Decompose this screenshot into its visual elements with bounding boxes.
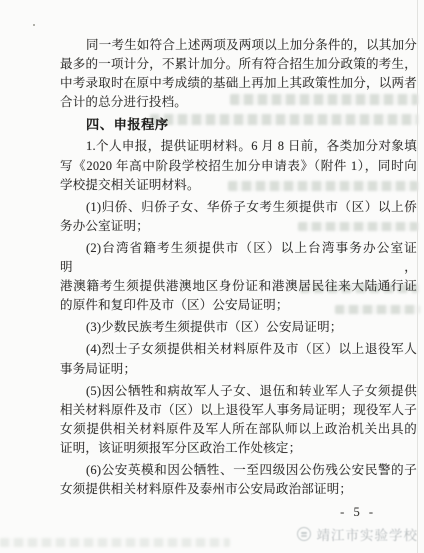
text-line: (1)归侨、归侨子女、华侨子女考生须提供市（区）以上侨 xyxy=(60,198,417,217)
text-line: 四、申报程序 xyxy=(60,115,417,134)
watermark: 靖江市实验学校 xyxy=(297,524,419,544)
text-line: (3)少数民族考生须提供市（区）公安局证明； xyxy=(60,318,417,337)
scan-edge-line xyxy=(417,0,418,553)
text-line: 港澳籍考生须提供港澳地区身份证和港澳居民往来大陆通行证 xyxy=(60,277,417,296)
text-line: (2)台湾省籍考生须提供市（区）以上台湾事务办公室证明， xyxy=(60,239,417,277)
section-heading: 四、申报程序 xyxy=(60,115,417,134)
text-line: (5)因公牺牲和病故军人子女、退伍和转业军人子女须提供 xyxy=(60,382,417,401)
school-seal-icon xyxy=(297,527,311,541)
text-line: (4)烈士子女须提供相关材料原件及市（区）以上退役军人 xyxy=(60,340,417,359)
bleedthrough-artifact xyxy=(0,538,230,547)
text-line: 写《2020 年高中阶段学校招生加分申请表》（附件 1），同时向 xyxy=(60,157,417,176)
paragraph: (1)归侨、归侨子女、华侨子女考生须提供市（区）以上侨务办公室证明； xyxy=(60,198,417,236)
paragraph: 1.个人申报，提供证明材料。6 月 8 日前，各类加分对象填写《2020 年高中… xyxy=(60,137,417,194)
text-line: 的原件和复印件及市（区）公安局证明； xyxy=(60,296,417,315)
body-text: 同一考生如符合上述两项及两项以上加分条件的，以其加分最多的一项计分，不累计加分。… xyxy=(60,36,417,502)
text-line: 1.个人申报，提供证明材料。6 月 8 日前，各类加分对象填 xyxy=(60,137,417,156)
text-line: 女须提供相关材料原件及泰州市公安局政治部证明； xyxy=(60,480,417,499)
paragraph: (3)少数民族考生须提供市（区）公安局证明； xyxy=(60,318,417,337)
text-line: (6)公安英模和因公牺牲、一至四级因公伤残公安民警的子 xyxy=(60,461,417,480)
text-line: 同一考生如符合上述两项及两项以上加分条件的，以其加分 xyxy=(60,36,417,55)
text-line: 女须提供相关材料原件及军人所在部队师以上政治机关出具的 xyxy=(60,420,417,439)
paragraph: (6)公安英模和因公牺牲、一至四级因公伤残公安民警的子女须提供相关材料原件及泰州… xyxy=(60,461,417,499)
text-line: 合计的总分进行投档。 xyxy=(60,93,417,112)
paragraph: (4)烈士子女须提供相关材料原件及市（区）以上退役军人事务局证明； xyxy=(60,340,417,378)
text-line: 学校提交相关证明材料。 xyxy=(60,176,417,195)
page-number: - 5 - xyxy=(340,505,376,520)
text-line: 相关材料原件及市（区）以上退役军人事务局证明；现役军人子 xyxy=(60,401,417,420)
paragraph: 同一考生如符合上述两项及两项以上加分条件的，以其加分最多的一项计分，不累计加分。… xyxy=(60,36,417,112)
scan-speck xyxy=(33,24,35,26)
text-line: 务办公室证明； xyxy=(60,217,417,236)
paragraph: (5)因公牺牲和病故军人子女、退伍和转业军人子女须提供相关材料原件及市（区）以上… xyxy=(60,382,417,458)
text-line: 证明，该证明须报军分区政治工作处核定； xyxy=(60,439,417,458)
text-line: 事务局证明； xyxy=(60,360,417,379)
text-line: 最多的一项计分，不累计加分。所有符合招生加分政策的考生， xyxy=(60,55,417,74)
paragraph: (2)台湾省籍考生须提供市（区）以上台湾事务办公室证明，港澳籍考生须提供港澳地区… xyxy=(60,239,417,315)
watermark-label: 靖江市实验学校 xyxy=(317,524,419,544)
document-page: 同一考生如符合上述两项及两项以上加分条件的，以其加分最多的一项计分，不累计加分。… xyxy=(0,0,424,553)
text-line: 中考录取时在原中考成绩的基础上再加上其政策性加分，以两者 xyxy=(60,74,417,93)
